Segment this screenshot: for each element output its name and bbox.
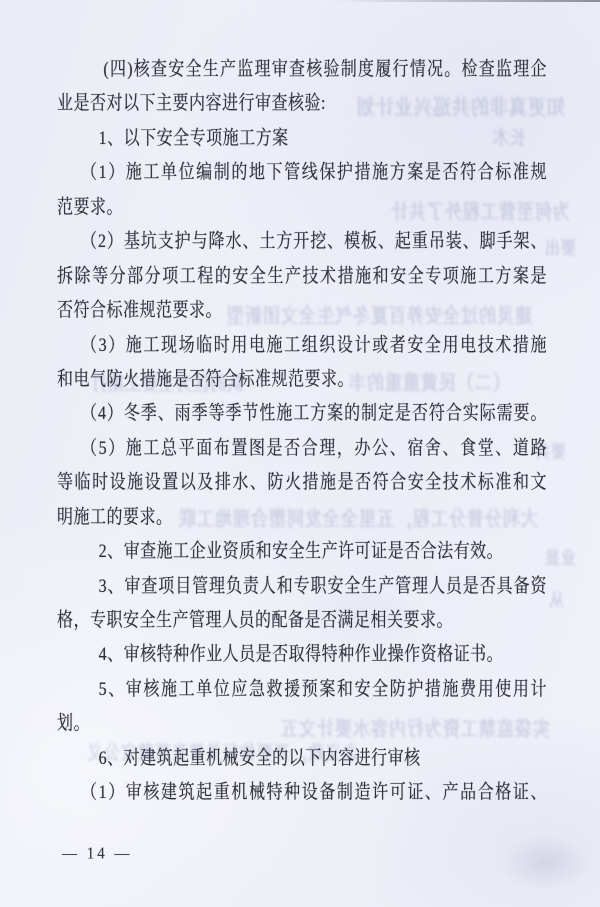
bleedthrough-text: 业显 — [544, 545, 576, 570]
text-line: （1）审核建筑起重机械特种设备制造许可证、产品合格证、 — [57, 773, 547, 814]
document-page: 知更真非的共巡兴业计划长木为何至营工程外了共计要出建灵的过全安养百夏冬气生全文团… — [0, 0, 600, 907]
page-number-label: — 14 — — [62, 845, 133, 863]
bleedthrough-text: 从 — [548, 587, 564, 612]
page-number: — 14 — — [62, 845, 133, 864]
bleedthrough-text: 要出 — [544, 235, 576, 260]
document-text-body: (四)核查安全生产监理审查核验制度履行情况。检查监理企业是否对以下主要内容进行审… — [57, 53, 547, 811]
